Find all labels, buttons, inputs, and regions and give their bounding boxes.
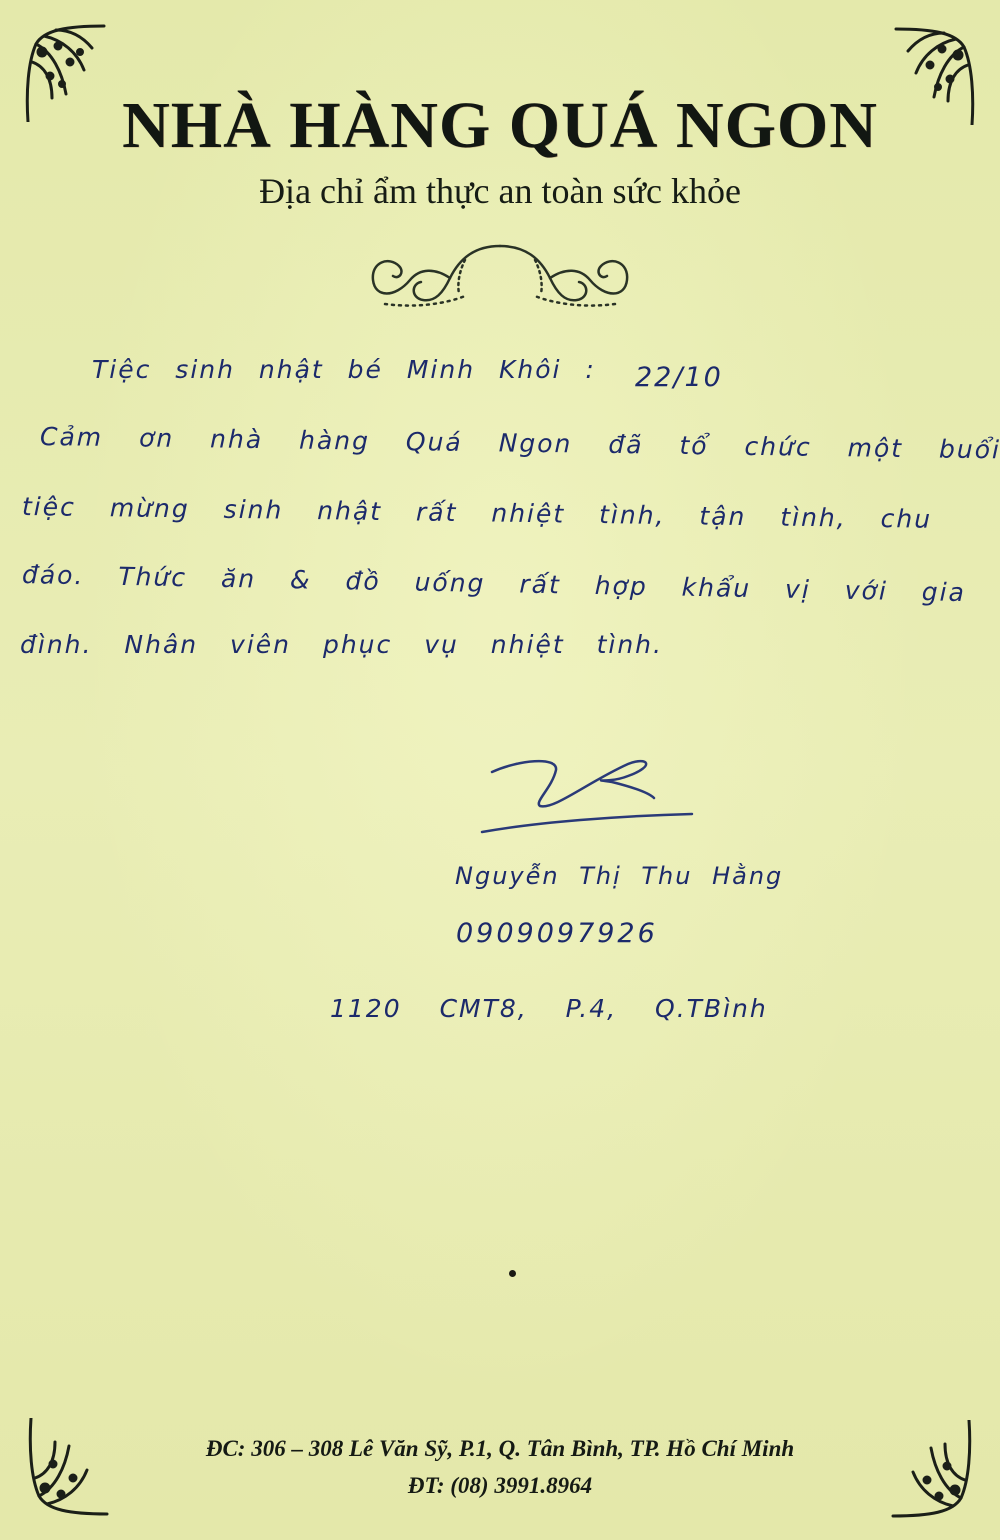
note-line: Cảm ơn nhà hàng Quá Ngon đã tổ chức một … — [40, 422, 1000, 464]
note-line: đình. Nhân viên phục vụ nhiệt tình. — [20, 630, 663, 659]
signer-phone: 0909097926 — [456, 918, 658, 949]
note-line: tiệc mừng sinh nhật rất nhiệt tình, tận … — [22, 492, 932, 534]
signature-mark — [478, 752, 698, 842]
signer-name: Nguyễn Thị Thu Hằng — [455, 862, 783, 890]
note-line: đáo. Thức ăn & đồ uống rất hợp khẩu vị v… — [22, 560, 966, 607]
note-heading: Tiệc sinh nhật bé Minh Khôi : — [92, 355, 596, 384]
center-flourish-icon — [365, 238, 635, 318]
footer-address: ĐC: 306 – 308 Lê Văn Sỹ, P.1, Q. Tân Bìn… — [0, 1436, 1000, 1462]
signer-address: 1120 CMT8, P.4, Q.TBình — [330, 994, 768, 1023]
corner-flourish-icon — [885, 1420, 975, 1520]
footer-phone: ĐT: (08) 3991.8964 — [0, 1473, 1000, 1499]
guestbook-page: NHÀ HÀNG QUÁ NGON Địa chỉ ẩm thực an toà… — [0, 0, 1000, 1540]
restaurant-tagline: Địa chỉ ẩm thực an toàn sức khỏe — [0, 170, 1000, 212]
note-date: 22/10 — [635, 362, 723, 393]
ink-spot — [509, 1270, 516, 1277]
restaurant-name: NHÀ HÀNG QUÁ NGON — [0, 88, 1000, 164]
corner-flourish-icon — [25, 1418, 115, 1518]
